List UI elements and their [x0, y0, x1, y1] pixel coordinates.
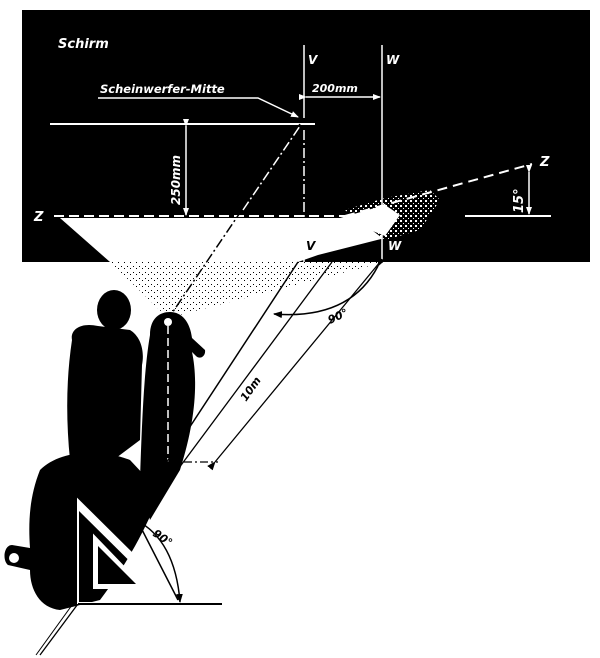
line-z-right-label: Z — [539, 155, 550, 170]
angle-set-square-label: 90° — [150, 527, 175, 550]
emblem — [9, 553, 19, 563]
headlight-adjustment-diagram: Schirm Scheinwerfer-Mitte V V W W 200mm … — [0, 0, 600, 658]
line-w-bottom-label: W — [388, 239, 402, 253]
dim-height-label: 250mm — [169, 155, 183, 205]
dim-angle-label: 15° — [512, 188, 527, 213]
line-w-top-label: W — [386, 53, 400, 67]
screen-label: Schirm — [58, 37, 109, 52]
dim-distance-label: 10m — [238, 374, 264, 403]
headlight-center-label: Scheinwerfer-Mitte — [100, 82, 225, 96]
dim-vw-label: 200mm — [312, 82, 358, 95]
line-z-left-label: Z — [33, 210, 44, 225]
headlight-lamp — [164, 318, 172, 326]
